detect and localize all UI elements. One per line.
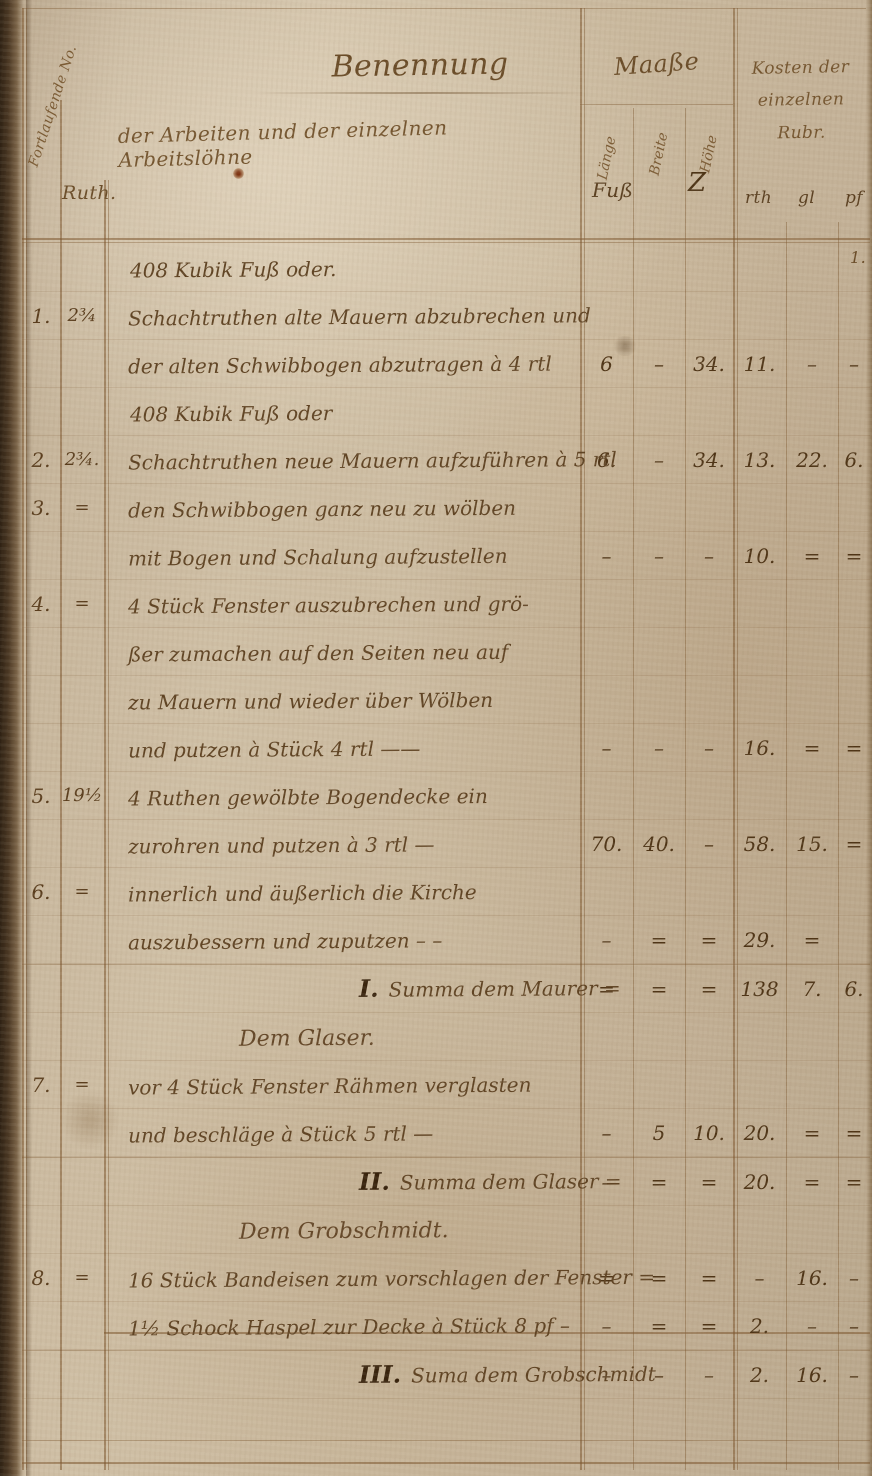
measure-width: = bbox=[633, 928, 685, 952]
rule-header-bottom-2 bbox=[22, 242, 870, 243]
cost-rth: 29. bbox=[733, 928, 786, 952]
line-ruth-value: 19½ bbox=[60, 785, 104, 806]
line-description: und putzen à Stück 4 rtl —— bbox=[104, 731, 580, 763]
cost-pf: – bbox=[838, 1266, 870, 1290]
cost-gl: 7. bbox=[786, 977, 838, 1001]
line-text: und putzen à Stück 4 rtl —— bbox=[128, 736, 420, 762]
line-number: 8. bbox=[22, 1266, 60, 1290]
cost-rth: – bbox=[733, 1266, 786, 1290]
line-description: Schachtruthen alte Mauern abzubrechen un… bbox=[104, 299, 580, 331]
line-description: zu Mauern und wieder über Wölben bbox=[104, 683, 580, 715]
cost-pf: = bbox=[838, 544, 870, 568]
book-binding-edge bbox=[0, 0, 24, 1476]
measure-length: – bbox=[580, 544, 633, 568]
column-header-measure: Maaße bbox=[579, 45, 734, 84]
measure-width: 40. bbox=[633, 832, 685, 856]
line-text: Dem Glaser. bbox=[239, 1026, 375, 1052]
ledger-line: 408 Kubik Fuß oder. bbox=[22, 244, 870, 292]
cost-pf: – bbox=[838, 1363, 870, 1387]
rule-bottom-1 bbox=[22, 1440, 870, 1441]
ledger-line: auszubessern und zuputzen – – – = = 29. … bbox=[22, 916, 870, 964]
line-text: Suma dem Grobschmidt bbox=[411, 1362, 656, 1388]
ledger-line: ßer zumachen auf den Seiten neu auf bbox=[22, 628, 870, 676]
line-text: zurohren und putzen à 3 rtl — bbox=[128, 832, 435, 858]
line-description: 1½ Schock Haspel zur Decke à Stück 8 pf … bbox=[104, 1309, 580, 1341]
line-number: 4. bbox=[22, 592, 60, 616]
line-text: Schachtruthen alte Mauern abzubrechen un… bbox=[128, 303, 591, 330]
ledger-line: zurohren und putzen à 3 rtl — 70. 40. – … bbox=[22, 820, 870, 868]
ledger-line: Dem Glaser. bbox=[22, 1013, 870, 1061]
ink-smudge bbox=[612, 336, 638, 356]
cost-pf: 6. bbox=[838, 977, 870, 1001]
cost-rth: 2. bbox=[733, 1363, 786, 1387]
line-text: 4 Stück Fenster auszubrechen und grö- bbox=[128, 592, 529, 619]
ledger-line: und beschläge à Stück 5 rtl — – 5 10. 20… bbox=[22, 1109, 870, 1157]
measure-height: = bbox=[685, 977, 733, 1001]
cost-gl: 16. bbox=[786, 1266, 838, 1290]
column-header-cost: Kosten der einzelnen Rubr. bbox=[736, 51, 866, 150]
cost-gl: – bbox=[786, 1314, 838, 1338]
line-description: auszubessern und zuputzen – – bbox=[104, 923, 580, 955]
cost-rth: 2. bbox=[733, 1314, 786, 1338]
page-subtitle: der Arbeiten und der einzelnen Arbeitslö… bbox=[117, 112, 578, 172]
cost-pf: = bbox=[838, 832, 870, 856]
measure-height: 34. bbox=[685, 352, 733, 376]
measure-height: = bbox=[685, 1314, 733, 1338]
ledger-line: zu Mauern und wieder über Wölben bbox=[22, 676, 870, 724]
measure-height: = bbox=[685, 928, 733, 952]
line-description: Schachtruthen neue Mauern aufzuführen à … bbox=[104, 443, 580, 475]
ledger-line: 3. = den Schwibbogen ganz neu zu wölben bbox=[22, 484, 870, 532]
cost-rth: 20. bbox=[733, 1170, 786, 1194]
line-description: III.Suma dem Grobschmidt bbox=[104, 1358, 580, 1390]
cost-rth: 58. bbox=[733, 832, 786, 856]
ledger-line: 2. 2¾. Schachtruthen neue Mauern aufzufü… bbox=[22, 436, 870, 484]
currency-header-pf: pf bbox=[845, 188, 863, 208]
unit-label-fuss: Fuß bbox=[592, 178, 633, 202]
cost-gl: = bbox=[786, 928, 838, 952]
cost-gl: = bbox=[786, 1170, 838, 1194]
ledger-line: 8. = 16 Stück Bandeisen zum vorschlagen … bbox=[22, 1254, 870, 1302]
paper-smudge bbox=[60, 1090, 120, 1150]
cost-pf: – bbox=[838, 352, 870, 376]
column-header-width: Breite bbox=[640, 99, 679, 210]
ledger-line: 6. = innerlich und äußerlich die Kirche bbox=[22, 868, 870, 916]
measure-height: – bbox=[685, 832, 733, 856]
line-text: Summa dem Maurer = bbox=[389, 976, 621, 1002]
ledger-line: III.Suma dem Grobschmidt – – – 2. 16. – bbox=[22, 1350, 870, 1399]
measure-width: = bbox=[633, 977, 685, 1001]
rule-under-maass bbox=[580, 104, 733, 105]
line-text: vor 4 Stück Fenster Rähmen verglasten bbox=[128, 1073, 532, 1100]
measure-length: – bbox=[580, 928, 633, 952]
rule-header-bottom bbox=[22, 238, 870, 240]
line-description: und beschläge à Stück 5 rtl — bbox=[104, 1116, 580, 1148]
measure-height: – bbox=[685, 544, 733, 568]
cost-gl: = bbox=[786, 544, 838, 568]
rust-stain bbox=[233, 168, 244, 179]
measure-width: – bbox=[633, 352, 685, 376]
measure-length: – bbox=[580, 736, 633, 760]
line-text: Summa dem Glaser = bbox=[400, 1169, 622, 1195]
ledger-line: mit Bogen und Schalung aufzustellen – – … bbox=[22, 532, 870, 580]
line-ruth-value: = bbox=[60, 593, 104, 614]
cost-gl: – bbox=[786, 352, 838, 376]
line-description: der alten Schwibbogen abzutragen à 4 rtl bbox=[104, 347, 580, 379]
measure-width: = bbox=[633, 1170, 685, 1194]
cost-label-line2: einzelnen bbox=[758, 90, 845, 112]
line-description: ßer zumachen auf den Seiten neu auf bbox=[104, 635, 580, 667]
line-number: 7. bbox=[22, 1073, 60, 1097]
ledger-line: 5. 19½ 4 Ruthen gewölbte Bogendecke ein bbox=[22, 772, 870, 820]
summa-roman-numeral: III. bbox=[359, 1360, 401, 1389]
summa-roman-numeral: I. bbox=[359, 974, 379, 1003]
line-number: 6. bbox=[22, 880, 60, 904]
ledger-body: 408 Kubik Fuß oder. 1. 2¾ Schachtruthen … bbox=[22, 244, 870, 1399]
line-description: Dem Grobschmidt. bbox=[104, 1213, 580, 1245]
cost-pf: = bbox=[838, 736, 870, 760]
line-description: 408 Kubik Fuß oder. bbox=[104, 251, 580, 283]
line-description: 408 Kubik Fuß oder bbox=[104, 395, 580, 427]
page-title: Benennung bbox=[240, 45, 601, 86]
line-text: mit Bogen und Schalung aufzustellen bbox=[128, 544, 508, 571]
unit-label-zoll: Z bbox=[688, 168, 706, 198]
line-description: II.Summa dem Glaser = bbox=[104, 1165, 580, 1197]
measure-height: – bbox=[685, 736, 733, 760]
line-description: 16 Stück Bandeisen zum vorschlagen der F… bbox=[104, 1261, 580, 1293]
title-underline bbox=[255, 92, 585, 94]
ledger-line: und putzen à Stück 4 rtl —— – – – 16. = … bbox=[22, 724, 870, 772]
column-header-ruth: Ruth. bbox=[62, 182, 116, 204]
ledger-line: 7. = vor 4 Stück Fenster Rähmen verglast… bbox=[22, 1061, 870, 1109]
line-text: den Schwibbogen ganz neu zu wölben bbox=[128, 496, 516, 523]
line-text: 408 Kubik Fuß oder bbox=[130, 401, 332, 426]
line-description: 4 Stück Fenster auszubrechen und grö- bbox=[104, 587, 580, 619]
line-text: und beschläge à Stück 5 rtl — bbox=[128, 1121, 433, 1147]
line-text: 16 Stück Bandeisen zum vorschlagen der F… bbox=[128, 1265, 655, 1293]
ledger-line: 4. = 4 Stück Fenster auszubrechen und gr… bbox=[22, 580, 870, 628]
line-text: auszubessern und zuputzen – – bbox=[128, 928, 442, 954]
line-number: 2. bbox=[22, 448, 60, 472]
measure-length: 70. bbox=[580, 832, 633, 856]
cost-gl: = bbox=[786, 1121, 838, 1145]
cost-rth: 10. bbox=[733, 544, 786, 568]
measure-width: 5 bbox=[633, 1121, 685, 1145]
cost-pf: – bbox=[838, 1314, 870, 1338]
line-description: mit Bogen und Schalung aufzustellen bbox=[104, 539, 580, 571]
line-number: 5. bbox=[22, 784, 60, 808]
line-text: 1½ Schock Haspel zur Decke à Stück 8 pf … bbox=[128, 1313, 570, 1340]
measure-length: – bbox=[580, 1314, 633, 1338]
rule-bottom-2 bbox=[22, 1462, 870, 1464]
measure-width: = bbox=[633, 1314, 685, 1338]
cost-rth: 16. bbox=[733, 736, 786, 760]
cost-label-line1: Kosten der bbox=[752, 57, 850, 79]
ledger-line: II.Summa dem Glaser = – = = 20. = = bbox=[22, 1157, 870, 1206]
measure-height: = bbox=[685, 1266, 733, 1290]
line-description: zurohren und putzen à 3 rtl — bbox=[104, 827, 580, 859]
cost-label-line3: Rubr. bbox=[777, 122, 826, 143]
measure-width: – bbox=[633, 448, 685, 472]
rule-top bbox=[22, 8, 866, 9]
currency-header-gl: gl bbox=[798, 188, 815, 208]
ledger-line: 408 Kubik Fuß oder bbox=[22, 388, 870, 436]
line-ruth-value: = bbox=[60, 497, 104, 518]
ledger-line: 1. 2¾ Schachtruthen alte Mauern abzubrec… bbox=[22, 292, 870, 340]
line-description: I.Summa dem Maurer = bbox=[104, 972, 580, 1004]
line-ruth-value: = bbox=[60, 881, 104, 902]
measure-height: – bbox=[685, 1363, 733, 1387]
summa-roman-numeral: II. bbox=[359, 1167, 390, 1196]
line-text: der alten Schwibbogen abzutragen à 4 rtl bbox=[128, 352, 552, 379]
line-text: Dem Grobschmidt. bbox=[239, 1218, 449, 1244]
cost-gl: 15. bbox=[786, 832, 838, 856]
cost-pf: = bbox=[838, 1170, 870, 1194]
cost-pf: = bbox=[838, 1121, 870, 1145]
line-description: vor 4 Stück Fenster Rähmen verglasten bbox=[104, 1068, 580, 1100]
cost-gl: 22. bbox=[786, 448, 838, 472]
line-number: 1. bbox=[22, 304, 60, 328]
measure-length: – bbox=[580, 1121, 633, 1145]
ledger-line: I.Summa dem Maurer = = = = 138 7. 6. bbox=[22, 964, 870, 1013]
line-ruth-value: 2¾. bbox=[60, 449, 104, 470]
cost-rth: 138 bbox=[733, 977, 786, 1001]
cost-gl: 16. bbox=[786, 1363, 838, 1387]
manuscript-page: Benennung der Arbeiten und der einzelnen… bbox=[0, 0, 872, 1476]
line-text: 4 Ruthen gewölbte Bogendecke ein bbox=[128, 784, 488, 811]
measure-width: – bbox=[633, 544, 685, 568]
cost-pf: 6. bbox=[838, 448, 870, 472]
measure-height: 10. bbox=[685, 1121, 733, 1145]
currency-header-rth: rth bbox=[745, 188, 772, 208]
line-ruth-value: 2¾ bbox=[60, 305, 104, 326]
line-description: Dem Glaser. bbox=[104, 1020, 580, 1052]
line-number: 3. bbox=[22, 496, 60, 520]
ledger-line: 1½ Schock Haspel zur Decke à Stück 8 pf … bbox=[22, 1302, 870, 1350]
cost-rth: 20. bbox=[733, 1121, 786, 1145]
line-text: ßer zumachen auf den Seiten neu auf bbox=[128, 640, 508, 667]
cost-rth: 11. bbox=[733, 352, 786, 376]
line-description: 4 Ruthen gewölbte Bogendecke ein bbox=[104, 779, 580, 811]
line-text: 408 Kubik Fuß oder. bbox=[130, 257, 337, 282]
cost-gl: = bbox=[786, 736, 838, 760]
line-text: Schachtruthen neue Mauern aufzuführen à … bbox=[128, 447, 617, 474]
cost-rth: 13. bbox=[733, 448, 786, 472]
line-description: den Schwibbogen ganz neu zu wölben bbox=[104, 491, 580, 523]
line-description: innerlich und äußerlich die Kirche bbox=[104, 875, 580, 907]
line-text: innerlich und äußerlich die Kirche bbox=[128, 880, 477, 906]
ledger-line: Dem Grobschmidt. bbox=[22, 1206, 870, 1254]
line-ruth-value: = bbox=[60, 1267, 104, 1288]
measure-width: – bbox=[633, 736, 685, 760]
ledger-line: der alten Schwibbogen abzutragen à 4 rtl… bbox=[22, 340, 870, 388]
line-text: zu Mauern und wieder über Wölben bbox=[128, 688, 493, 715]
measure-height: 34. bbox=[685, 448, 733, 472]
measure-height: = bbox=[685, 1170, 733, 1194]
